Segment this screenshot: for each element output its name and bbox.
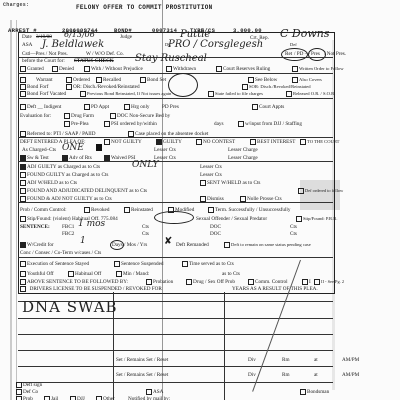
youthful-off[interactable]: Youthful Off bbox=[20, 271, 54, 277]
checkbox[interactable] bbox=[44, 396, 50, 400]
checkbox[interactable] bbox=[140, 77, 146, 83]
checkbox[interactable] bbox=[292, 66, 298, 72]
checkbox[interactable] bbox=[300, 389, 306, 395]
checkbox[interactable] bbox=[286, 91, 292, 97]
checkbox[interactable] bbox=[16, 396, 22, 400]
checkbox[interactable] bbox=[20, 279, 26, 285]
checkbox[interactable] bbox=[20, 188, 26, 194]
checkbox-checked[interactable] bbox=[104, 155, 110, 161]
checkbox[interactable] bbox=[292, 77, 298, 83]
checkbox[interactable] bbox=[298, 188, 304, 194]
checkbox[interactable] bbox=[20, 66, 26, 72]
fbc1-label: FBC1 bbox=[62, 224, 74, 230]
checkbox[interactable] bbox=[52, 66, 58, 72]
footer-asa[interactable]: ASA bbox=[146, 389, 163, 395]
reset-row-2-label: Set / Remains Set / Reset bbox=[116, 372, 168, 378]
scribble-mark bbox=[154, 211, 194, 224]
checkbox[interactable] bbox=[182, 261, 188, 267]
checkbox[interactable] bbox=[186, 279, 192, 285]
checkbox[interactable] bbox=[20, 104, 26, 110]
found-lesser-cts: Lesser Cts bbox=[200, 172, 222, 178]
eval-djj[interactable]: w/input from DJJ / Staffing bbox=[238, 121, 302, 127]
reset-row-1-div: Div bbox=[248, 357, 256, 363]
checkbox[interactable] bbox=[238, 121, 244, 127]
follow-drug-sex[interactable]: Drug / Sex Off Prob bbox=[186, 279, 235, 285]
checkbox[interactable] bbox=[20, 77, 26, 83]
checkbox[interactable] bbox=[128, 131, 134, 137]
pd-pres: PD Pres bbox=[162, 104, 179, 110]
asa-handwritten: J. Beldlawek bbox=[42, 39, 104, 50]
or-disch[interactable]: OR: Disch./Revoked/Reinstated bbox=[66, 84, 140, 90]
state-failed-to-file[interactable]: State failed to file charges bbox=[208, 91, 263, 97]
reset-row-2-at: at bbox=[314, 372, 318, 378]
checkbox[interactable] bbox=[96, 396, 102, 400]
license-years: YEARS AS A RESULT OF THIS PLEA. bbox=[232, 286, 318, 292]
execution-stayed[interactable]: Execution of Sentence Stayed bbox=[20, 261, 89, 267]
checkbox[interactable] bbox=[252, 104, 258, 110]
checkbox-checked[interactable] bbox=[20, 242, 26, 248]
as-charged-handwritten: ONE bbox=[62, 143, 84, 153]
bond-forf[interactable]: Bond Forf bbox=[20, 84, 48, 90]
before-court-struck: STATUS CHECK bbox=[74, 58, 114, 64]
dc-handwritten: PRO / Corsglegesh bbox=[168, 39, 263, 50]
motion-granted[interactable]: Granted bbox=[20, 66, 44, 72]
checkbox[interactable] bbox=[20, 172, 26, 178]
plea-to-court[interactable]: TO THE COURT bbox=[300, 139, 339, 145]
checkbox[interactable] bbox=[20, 286, 26, 292]
checkbox-checked[interactable] bbox=[20, 155, 26, 161]
checkbox[interactable] bbox=[240, 196, 246, 202]
notes-handwritten: DNA SWAB bbox=[22, 298, 118, 316]
adj-guilty-handwritten: ONLY bbox=[132, 160, 159, 170]
warrant-also-covers[interactable]: Also Covers bbox=[292, 77, 322, 83]
date-handwritten: 6/13/06 bbox=[64, 30, 95, 39]
checkbox[interactable] bbox=[64, 121, 70, 127]
reset-row-2-rm: Rm bbox=[282, 372, 290, 378]
date-label: Date bbox=[22, 34, 32, 40]
checkbox[interactable] bbox=[68, 271, 74, 277]
released-or[interactable]: Released O.R. / S.O.R. bbox=[286, 91, 335, 97]
conc-consec: Conc / Consec / Co-Term w/cases / Cts bbox=[20, 250, 101, 256]
as-charged-label: As Charged–Cts bbox=[22, 147, 56, 153]
reset-row-1-at: at bbox=[314, 357, 318, 363]
warrant-recalled[interactable]: Recalled bbox=[96, 77, 121, 83]
checkbox[interactable] bbox=[314, 279, 320, 285]
checkbox[interactable] bbox=[84, 207, 90, 213]
deft-remanded: Deft Remanded bbox=[176, 242, 209, 248]
checkbox[interactable] bbox=[116, 271, 122, 277]
checkbox[interactable] bbox=[248, 279, 254, 285]
checkbox[interactable] bbox=[296, 216, 302, 222]
checkbox[interactable] bbox=[200, 180, 206, 186]
fbc2-label: FBC2 bbox=[62, 231, 74, 237]
previous-bond-reinstated[interactable]: Previous Bond Reinstated, If Not issues … bbox=[80, 91, 171, 97]
checkbox[interactable] bbox=[20, 131, 26, 137]
charge-title: FELONY OFFER TO COMMIT PROSTITUTION bbox=[76, 4, 213, 11]
evaluation-label: Evaluation for: bbox=[20, 113, 51, 119]
footer-bondsman[interactable]: Bondsman bbox=[300, 389, 329, 395]
circle-mark bbox=[110, 240, 124, 250]
circle-mark bbox=[281, 48, 308, 61]
found-guilty[interactable]: FOUND GUILTY as Charged as to Cts bbox=[20, 172, 108, 178]
asa-label: ASA bbox=[22, 42, 32, 48]
checkbox-checked[interactable] bbox=[156, 139, 162, 145]
before-court-label: before the Court for: bbox=[22, 58, 65, 64]
checkbox[interactable] bbox=[70, 396, 76, 400]
bond-forf-vacated[interactable]: Bond Forf Vacated bbox=[20, 91, 66, 97]
checkbox[interactable] bbox=[224, 242, 230, 248]
checkbox[interactable] bbox=[66, 77, 72, 83]
checkbox[interactable] bbox=[208, 91, 214, 97]
circle-mark bbox=[308, 48, 326, 61]
plea-no-contest[interactable]: NO CONTEST bbox=[196, 139, 235, 145]
checkbox[interactable] bbox=[20, 196, 26, 202]
sentence-suspended[interactable]: Sentence Suspended bbox=[114, 261, 164, 267]
notified-by-mail: Notified by mail by: bbox=[128, 396, 170, 400]
checkbox[interactable] bbox=[20, 91, 26, 97]
motion-written-order[interactable]: Written Order to Follow bbox=[292, 66, 344, 72]
checkbox-checked[interactable] bbox=[62, 155, 68, 161]
checkbox[interactable] bbox=[196, 139, 202, 145]
checkbox[interactable] bbox=[20, 261, 26, 267]
time-served[interactable]: Time served as to Cts bbox=[182, 261, 234, 267]
checkbox[interactable] bbox=[16, 389, 22, 395]
checkbox[interactable] bbox=[250, 139, 256, 145]
checkbox[interactable] bbox=[302, 279, 308, 285]
remain-same-status[interactable]: Deft to remain on same status pending ca… bbox=[224, 242, 311, 248]
court-reporter-handwritten: C Downs bbox=[280, 27, 330, 40]
checkbox[interactable] bbox=[114, 261, 120, 267]
motion-court-reserves[interactable]: Court Reserves Ruling bbox=[216, 66, 270, 72]
motion-with-without-prejudice[interactable]: With / Without Prejudice bbox=[84, 66, 143, 72]
checkbox[interactable] bbox=[84, 104, 90, 110]
checkbox[interactable] bbox=[146, 279, 152, 285]
checkbox[interactable] bbox=[216, 66, 222, 72]
fbc1-handwritten: 1 mos bbox=[78, 219, 105, 229]
def-ordered[interactable]: Def ordered to follow bbox=[298, 188, 343, 194]
follow-probation[interactable]: Probation bbox=[146, 279, 173, 285]
checkbox[interactable] bbox=[80, 91, 86, 97]
sexual-offender: Sexual Offender / Sexual Predator bbox=[196, 216, 267, 222]
prob-revoked[interactable]: Revoked bbox=[84, 207, 109, 213]
court-appts[interactable]: Court Appts bbox=[252, 104, 284, 110]
found-adjudicated-delinquent[interactable]: FOUND AND ADJUDICATED DELINQUENT as to C… bbox=[20, 188, 147, 194]
eval-pre-plea[interactable]: Pre-Plea bbox=[64, 121, 89, 127]
above-sentence[interactable]: ABOVE SENTENCE TO BE FOLLOWED BY: bbox=[20, 279, 128, 285]
min-mand[interactable]: Min / Mand: bbox=[116, 271, 149, 277]
cts-label: Cts bbox=[142, 224, 149, 230]
license-suspended[interactable]: DRIVERS LICENSE TO BE SUSPENDED / REVOKE… bbox=[20, 286, 162, 292]
redaction-block bbox=[96, 144, 102, 151]
checkbox[interactable] bbox=[166, 66, 172, 72]
reset-row-1-label: Set / Remains Set / Reset bbox=[116, 357, 168, 363]
checkbox[interactable] bbox=[20, 84, 26, 90]
before-court-handwritten: Stay Ruscheal bbox=[135, 53, 207, 64]
checkbox[interactable] bbox=[200, 196, 206, 202]
checkbox[interactable] bbox=[96, 77, 102, 83]
adj-guilty[interactable]: ADJ GUILTY as Charged as to Cts bbox=[20, 164, 100, 170]
sor-disch[interactable]: SOR: Disch./Revoked/Reinstated bbox=[242, 84, 311, 90]
lesser-cts-label: Lesser Cts bbox=[154, 147, 176, 153]
prob-reinstated[interactable]: Reinstated bbox=[124, 207, 153, 213]
checkbox[interactable] bbox=[66, 84, 72, 90]
sentence-label: SENTENCE: bbox=[20, 224, 50, 230]
doc-label-2: DOC bbox=[210, 231, 221, 237]
warrant-see-below[interactable]: See Below bbox=[248, 77, 277, 83]
checkbox[interactable] bbox=[242, 84, 248, 90]
cts-label-4: Cts bbox=[290, 231, 297, 237]
plea-not-guilty[interactable]: NOT GUILTY bbox=[104, 139, 142, 145]
reset-row-2-ampm: AM/PM bbox=[342, 372, 359, 378]
checkbox[interactable] bbox=[84, 66, 90, 72]
circle-mark bbox=[168, 73, 198, 97]
lesser-charge-label: Lesser Charge bbox=[228, 147, 258, 153]
prob-label: Prob / Comm Control: bbox=[20, 207, 67, 213]
checkbox[interactable] bbox=[300, 139, 306, 145]
motion-withdrawn[interactable]: Withdrawn bbox=[166, 66, 196, 72]
judge-label: Judge bbox=[120, 34, 132, 40]
stip-prr[interactable]: Stip/Found: P.R.R. bbox=[296, 216, 337, 222]
checkbox[interactable] bbox=[208, 207, 214, 213]
checkbox[interactable] bbox=[20, 216, 26, 222]
checkbox[interactable] bbox=[146, 389, 152, 395]
prob-term[interactable]: Term. Successfully / Unsuccessfully bbox=[208, 207, 290, 213]
warrant-checkbox-row[interactable] bbox=[20, 77, 27, 83]
plea-best-interest[interactable]: BEST INTEREST bbox=[250, 139, 295, 145]
def-co[interactable]: Def Co bbox=[16, 389, 38, 395]
hrg-only[interactable]: Hrg only bbox=[124, 104, 150, 110]
checkbox[interactable] bbox=[110, 113, 116, 119]
scan-artifact bbox=[10, 20, 12, 400]
deft-indigent[interactable]: Deft __ Indigent bbox=[20, 104, 61, 110]
checkbox[interactable] bbox=[64, 113, 70, 119]
reset-row-1-rm: Rm bbox=[282, 357, 290, 363]
credit-for[interactable]: W/Credit for bbox=[20, 242, 54, 248]
reset-row-2-div: Div bbox=[248, 372, 256, 378]
adj-withheld[interactable]: ADJ W/HELD as to Cts bbox=[20, 180, 77, 186]
checkbox[interactable] bbox=[124, 207, 130, 213]
scan-artifact bbox=[16, 20, 17, 400]
doc-label: DOC bbox=[210, 224, 221, 230]
credit-handwritten: 1 bbox=[80, 236, 86, 246]
checkbox-checked[interactable] bbox=[20, 164, 26, 170]
charges-label: Charges: bbox=[3, 2, 29, 8]
checkbox[interactable] bbox=[16, 382, 22, 388]
eval-drug-farm[interactable]: Drug Farm bbox=[64, 113, 94, 119]
footer-djj[interactable]: DJJ bbox=[70, 396, 85, 400]
checkbox[interactable] bbox=[248, 77, 254, 83]
motion-denied[interactable]: Denied bbox=[52, 66, 74, 72]
checkbox[interactable] bbox=[104, 121, 110, 127]
pd-appt[interactable]: PD Appt bbox=[84, 104, 109, 110]
as-to-cts: as to Cts bbox=[222, 271, 240, 277]
footer-jail[interactable]: Jail bbox=[44, 396, 58, 400]
cts-label-3: Cts bbox=[142, 231, 149, 237]
footer-other[interactable]: Other bbox=[96, 396, 115, 400]
footer-prob[interactable]: Prob bbox=[16, 396, 33, 400]
adj-lesser-cts: Lesser Cts bbox=[200, 164, 222, 170]
x-mark-icon: ✘ bbox=[164, 236, 172, 247]
warrant-label: Warrant bbox=[36, 77, 53, 83]
checkbox[interactable] bbox=[20, 271, 26, 277]
follow-level-i[interactable]: I bbox=[302, 279, 311, 285]
deft-sign[interactable]: Deft sign bbox=[16, 382, 42, 388]
habitual-off[interactable]: Habitual Off bbox=[68, 271, 101, 277]
eval-days: days bbox=[214, 121, 224, 127]
reset-row-1-ampm: AM/PM bbox=[342, 357, 359, 363]
checkbox[interactable] bbox=[20, 180, 26, 186]
checkbox[interactable] bbox=[124, 104, 130, 110]
plea-guilty[interactable]: GUILTY bbox=[156, 139, 182, 145]
cts-label-2: Cts bbox=[290, 224, 297, 230]
follow-level-ii[interactable]: II - See Pg. 2 bbox=[314, 279, 344, 285]
eval-psi[interactable]: PSI ordered by/within bbox=[104, 121, 157, 127]
sent-withheld[interactable]: SENT W/HELD as to Cts bbox=[200, 180, 260, 186]
warrant-ordered[interactable]: Ordered bbox=[66, 77, 90, 83]
follow-comm-control[interactable]: Comm. Control bbox=[248, 279, 288, 285]
checkbox[interactable] bbox=[104, 139, 110, 145]
